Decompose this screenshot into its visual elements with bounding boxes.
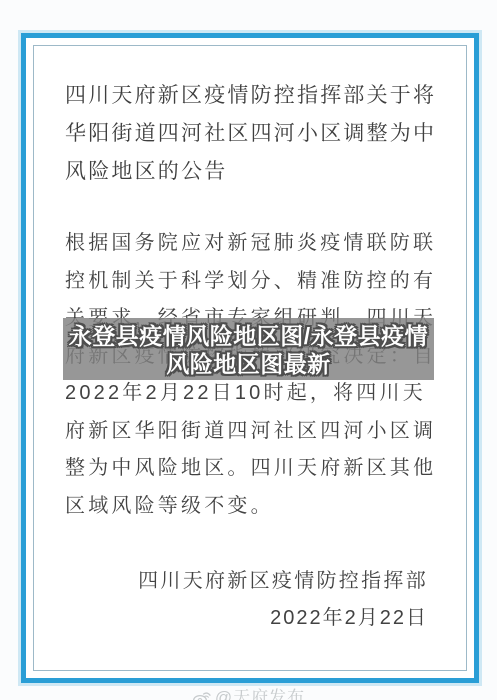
notice-title: 四川天府新区疫情防控指挥部关于将 华阳街道四河社区四河小区调整为中 风险地区的公… (65, 77, 440, 191)
overlay-caption-line1: 永登县疫情风险地区图/永登县疫情 (63, 322, 434, 350)
overlay-caption: 永登县疫情风险地区图/永登县疫情 风险地区图最新 (63, 318, 434, 380)
watermark: @天府发布 (0, 683, 497, 700)
weibo-icon (192, 690, 212, 700)
notice-image-page: { "notice": { "title": "四川天府新区疫情防控指挥部关于将… (0, 0, 497, 700)
watermark-handle: @天府发布 (215, 688, 305, 700)
notice-signature-org: 四川天府新区疫情防控指挥部 (65, 563, 428, 600)
overlay-caption-line2: 风险地区图最新 (63, 350, 434, 378)
notice-signature-block: 四川天府新区疫情防控指挥部 2022年2月22日 (65, 563, 428, 637)
notice-signature-date: 2022年2月22日 (65, 600, 428, 637)
